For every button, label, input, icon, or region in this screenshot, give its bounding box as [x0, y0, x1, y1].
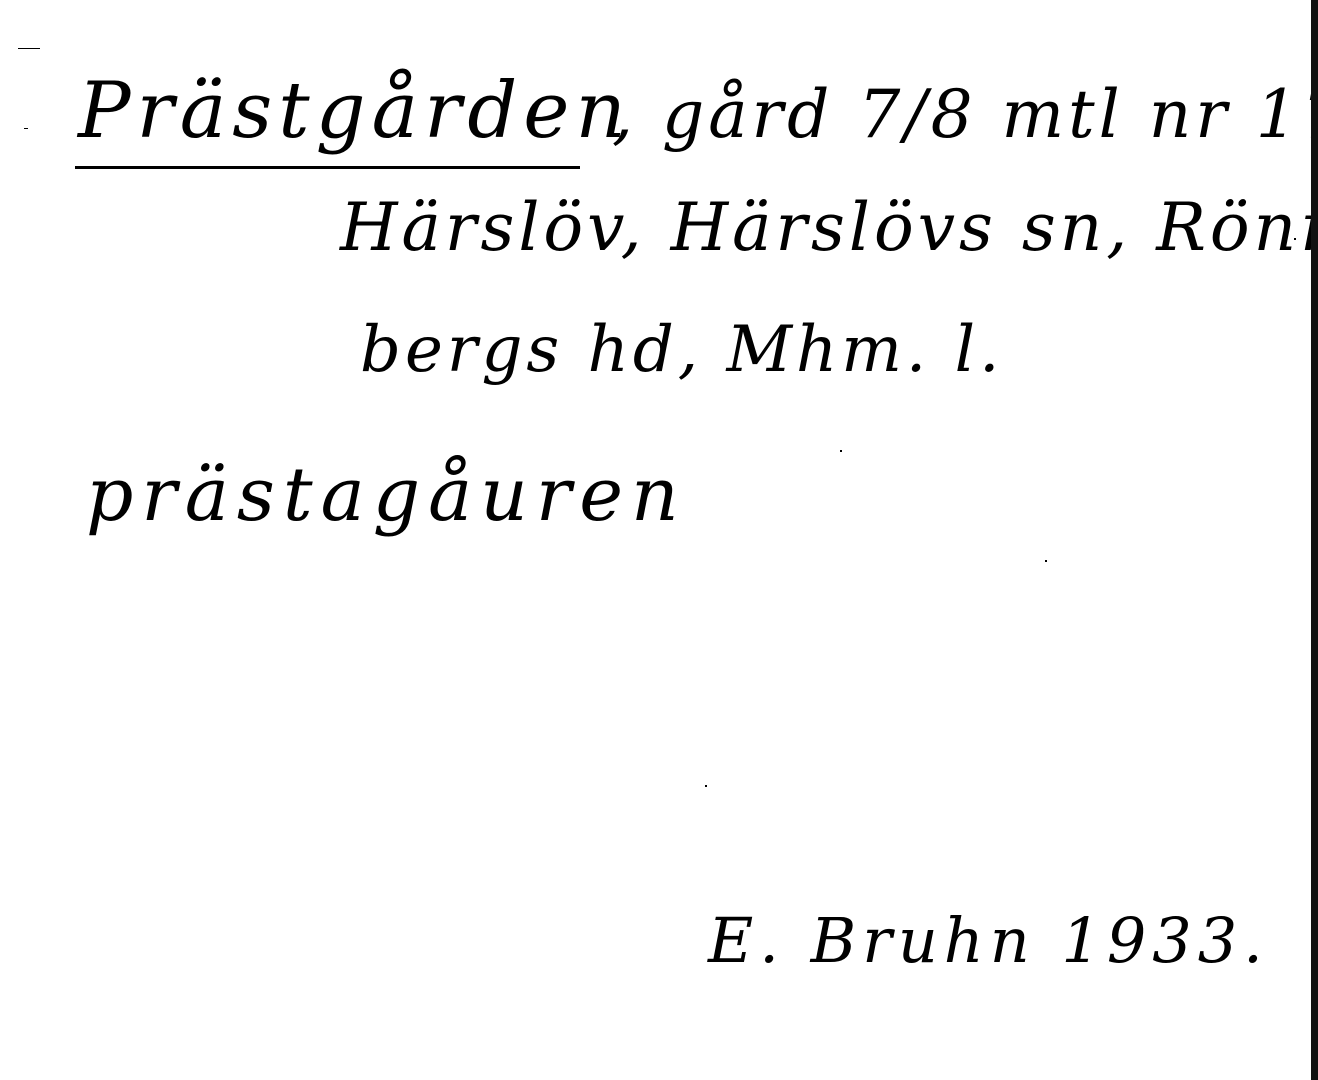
place-name-heading: Prästgården	[78, 72, 632, 150]
scan-speck	[18, 48, 40, 49]
archive-card: Prästgården , gård 7/8 mtl nr 17 Härslöv…	[0, 0, 1311, 1080]
dialect-pronunciation: prästagåuren	[86, 458, 687, 532]
farm-designation-text: , gård 7/8 mtl nr 17	[612, 82, 1318, 148]
scan-speck	[1294, 238, 1296, 240]
card-right-edge	[1311, 0, 1318, 1080]
signature-date: E. Bruhn 1933.	[708, 910, 1269, 972]
district-line: bergs hd, Mhm. l.	[360, 318, 1003, 382]
scan-speck	[705, 785, 707, 787]
scan-speck	[24, 128, 28, 129]
parish-line: Härslöv, Härslövs sn, Rönne-	[340, 195, 1318, 261]
scan-speck	[1045, 560, 1047, 562]
scan-speck	[840, 450, 842, 452]
place-name-underline	[75, 166, 580, 169]
